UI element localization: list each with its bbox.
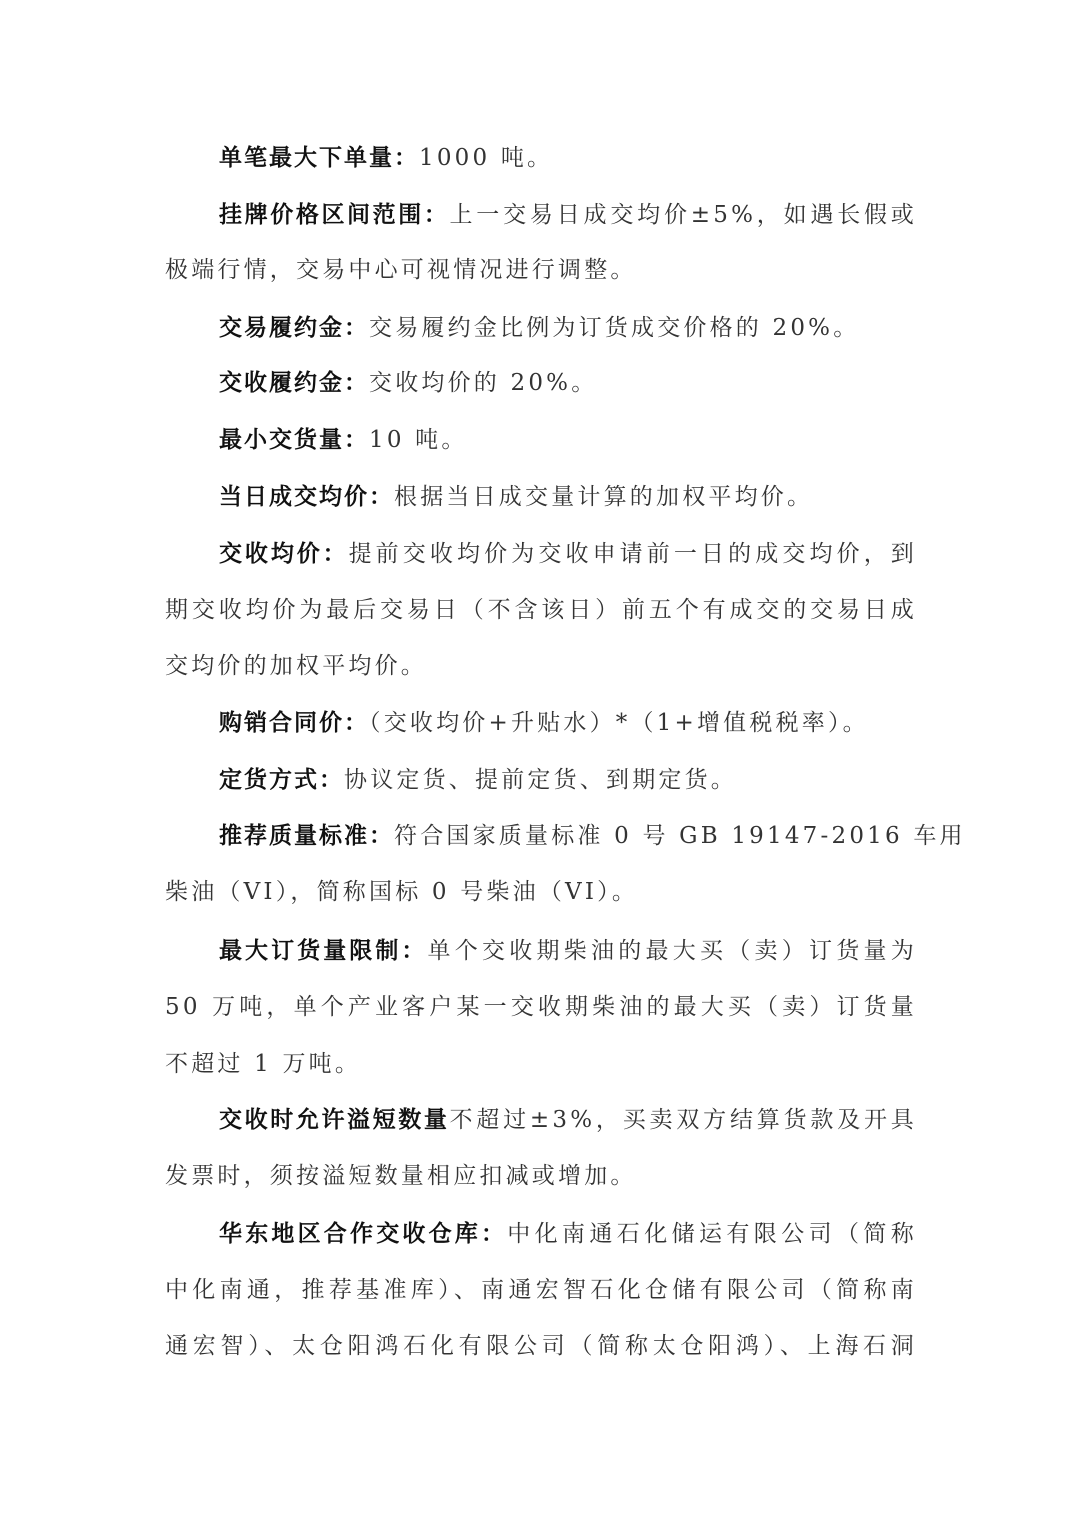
- paragraph-text: 1000 吨。: [419, 145, 553, 171]
- paragraph-max-single-order: 单笔最大下单量：1000 吨。: [219, 138, 917, 178]
- paragraph-max-order-limit-cont: 不超过 1 万吨。: [165, 1044, 917, 1084]
- term-label: 推荐质量标准：: [219, 823, 394, 849]
- paragraph-text: 根据当日成交量计算的加权平均价。: [394, 484, 813, 510]
- paragraph-text: 不超过±3%，买卖双方结算货款及开具: [450, 1107, 918, 1133]
- paragraph-text: 极端行情，交易中心可视情况进行调整。: [165, 257, 637, 283]
- term-label: 最大订货量限制：: [219, 938, 427, 964]
- paragraph-text: 交收均价的 20%。: [369, 370, 597, 396]
- paragraph-text: 协议定货、提前定货、到期定货。: [344, 767, 737, 793]
- paragraph-text: 发票时，须按溢短数量相应扣减或增加。: [165, 1163, 637, 1189]
- paragraph-text: （交收均价+升贴水）*（1+增值税税率）。: [369, 710, 869, 736]
- paragraph-text: 柴油（VI），简称国标 0 号柴油（VI）。: [165, 879, 638, 905]
- paragraph-delivery-avg-price: 交收均价：提前交收均价为交收申请前一日的成交均价，到: [219, 534, 917, 574]
- document-page: 单笔最大下单量：1000 吨。 挂牌价格区间范围：上一交易日成交均价±5%，如遇…: [0, 0, 1080, 1527]
- paragraph-order-method: 定货方式：协议定货、提前定货、到期定货。: [219, 760, 917, 800]
- paragraph-quality-standard: 推荐质量标准：符合国家质量标准 0 号 GB 19147-2016 车用: [219, 816, 917, 856]
- paragraph-text: 通宏智）、太仓阳鸿石化有限公司（简称太仓阳鸿）、上海石洞: [165, 1333, 917, 1359]
- paragraph-text: 50 万吨，单个产业客户某一交收期柴油的最大买（卖）订货量: [165, 994, 917, 1020]
- paragraph-text: 交易履约金比例为订货成交价格的 20%。: [369, 315, 859, 341]
- paragraph-text: 10 吨。: [369, 427, 468, 453]
- paragraph-text: 中化南通，推荐基准库）、南通宏智石化仓储有限公司（简称南: [165, 1277, 917, 1303]
- term-label: 当日成交均价：: [219, 484, 394, 510]
- paragraph-east-china-warehouses-cont: 通宏智）、太仓阳鸿石化有限公司（简称太仓阳鸿）、上海石洞: [165, 1326, 917, 1366]
- term-label: 购销合同价：: [219, 710, 369, 736]
- paragraph-text: 符合国家质量标准 0 号 GB 19147-2016 车用: [394, 823, 966, 849]
- paragraph-daily-avg-price: 当日成交均价：根据当日成交量计算的加权平均价。: [219, 477, 917, 517]
- paragraph-min-delivery: 最小交货量：10 吨。: [219, 420, 917, 460]
- term-label: 交收履约金：: [219, 370, 369, 396]
- paragraph-east-china-warehouses: 华东地区合作交收仓库：中化南通石化储运有限公司（简称: [219, 1214, 917, 1254]
- paragraph-listing-price-range-cont: 极端行情，交易中心可视情况进行调整。: [165, 250, 917, 290]
- paragraph-east-china-warehouses-cont: 中化南通，推荐基准库）、南通宏智石化仓储有限公司（简称南: [165, 1270, 917, 1310]
- paragraph-text: 不超过 1 万吨。: [165, 1051, 361, 1077]
- term-label: 挂牌价格区间范围：: [219, 202, 450, 228]
- paragraph-delivery-tolerance-cont: 发票时，须按溢短数量相应扣减或增加。: [165, 1156, 917, 1196]
- paragraph-max-order-limit-cont: 50 万吨，单个产业客户某一交收期柴油的最大买（卖）订货量: [165, 987, 917, 1027]
- term-label: 最小交货量：: [219, 427, 369, 453]
- paragraph-delivery-avg-price-cont: 期交收均价为最后交易日（不含该日）前五个有成交的交易日成: [165, 590, 917, 630]
- paragraph-delivery-avg-price-cont: 交均价的加权平均价。: [165, 646, 917, 686]
- term-label: 交易履约金：: [219, 315, 369, 341]
- paragraph-quality-standard-cont: 柴油（VI），简称国标 0 号柴油（VI）。: [165, 872, 917, 912]
- term-label: 定货方式：: [219, 767, 344, 793]
- paragraph-text: 提前交收均价为交收申请前一日的成交均价，到: [349, 541, 917, 567]
- term-label: 华东地区合作交收仓库：: [219, 1221, 507, 1247]
- paragraph-text: 单个交收期柴油的最大买（卖）订货量为: [427, 938, 917, 964]
- paragraph-text: 交均价的加权平均价。: [165, 653, 427, 679]
- term-label: 交收时允许溢短数量: [219, 1107, 450, 1133]
- paragraph-contract-price: 购销合同价：（交收均价+升贴水）*（1+增值税税率）。: [219, 703, 917, 743]
- paragraph-max-order-limit: 最大订货量限制：单个交收期柴油的最大买（卖）订货量为: [219, 931, 917, 971]
- paragraph-text: 中化南通石化储运有限公司（简称: [507, 1221, 917, 1247]
- paragraph-delivery-performance-bond: 交收履约金：交收均价的 20%。: [219, 363, 917, 403]
- paragraph-text: 上一交易日成交均价±5%，如遇长假或: [450, 202, 918, 228]
- paragraph-text: 期交收均价为最后交易日（不含该日）前五个有成交的交易日成: [165, 597, 917, 623]
- paragraph-listing-price-range: 挂牌价格区间范围：上一交易日成交均价±5%，如遇长假或: [219, 195, 917, 235]
- paragraph-delivery-tolerance: 交收时允许溢短数量不超过±3%，买卖双方结算货款及开具: [219, 1100, 917, 1140]
- term-label: 交收均价：: [219, 541, 349, 567]
- term-label: 单笔最大下单量：: [219, 145, 419, 171]
- paragraph-trade-performance-bond: 交易履约金：交易履约金比例为订货成交价格的 20%。: [219, 308, 917, 348]
